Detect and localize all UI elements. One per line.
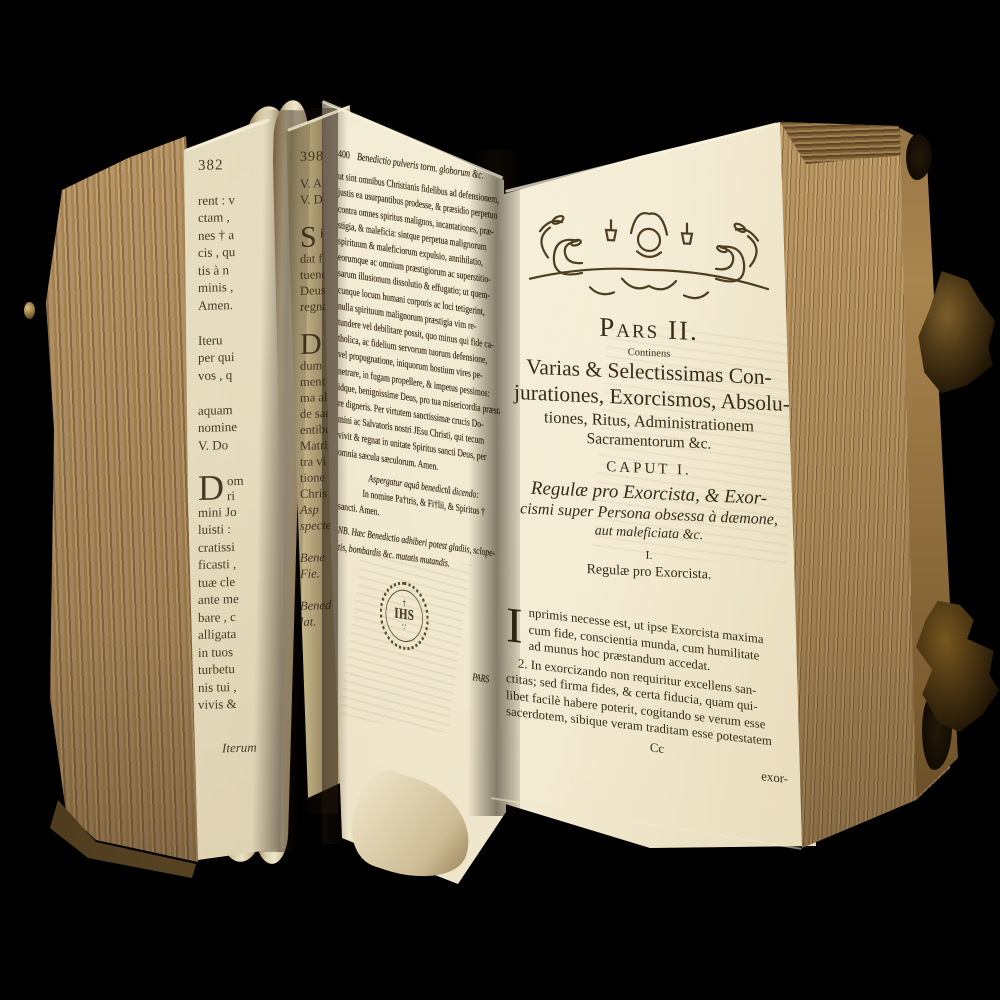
- headpiece-ornament: [518, 196, 780, 317]
- catchword: Iterum: [222, 737, 308, 757]
- part-contents-title: Varias & Selectissimas Con-jurationes, E…: [514, 353, 784, 458]
- ihs-emblem: † IHS ∵: [380, 578, 429, 653]
- drop-cap-d: D: [300, 330, 322, 358]
- nails-icon: ∵: [402, 623, 406, 633]
- brass-pin: [24, 302, 35, 319]
- antique-book-photo: 382 rent : vctam ,nes † acis , qutis à n…: [0, 0, 1000, 1000]
- drop-cap-side: i: [320, 223, 324, 240]
- drop-cap-side-line: om: [227, 472, 244, 487]
- cover-tear: [906, 134, 932, 180]
- catchword: PARS: [338, 650, 489, 689]
- benediction-body: ut sint omnibus Christianis fidelibus ad…: [338, 169, 509, 486]
- ihs-emblem-inner: † IHS ∵: [386, 587, 423, 645]
- drop-cap-s: S: [300, 223, 317, 251]
- page-number-400: 400: [338, 146, 350, 164]
- drop-cap-side-line: ri: [227, 488, 235, 503]
- chapter-title: Regulæ pro Exorcista, & Exor-cismi super…: [514, 476, 784, 549]
- drop-cap-d: D: [198, 471, 224, 504]
- drop-cap-i: I: [506, 604, 523, 647]
- drop-cap-side: om ri: [227, 470, 244, 502]
